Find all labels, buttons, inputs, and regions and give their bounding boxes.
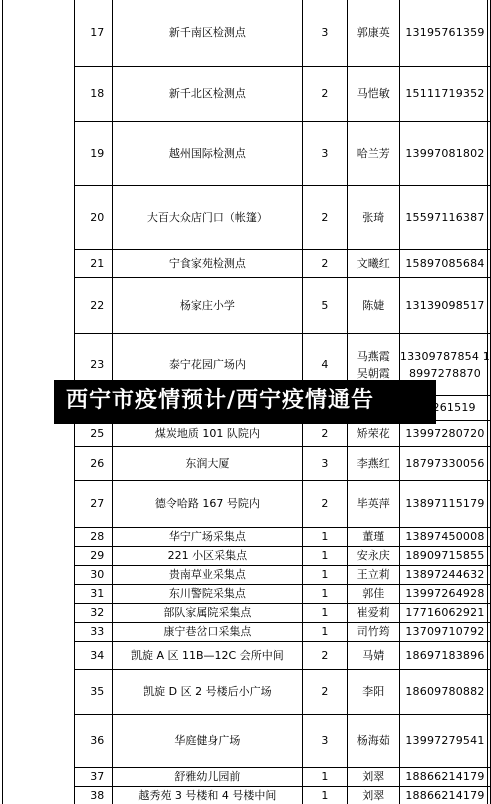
row-number-cell: 17 xyxy=(75,0,113,67)
site-name-cell: 东润大厦 xyxy=(112,447,303,481)
contact-person-cell: 董瑾 xyxy=(347,528,399,547)
staff-count-cell: 2 xyxy=(303,421,348,447)
staff-count-cell: 1 xyxy=(303,528,348,547)
phone-number-cell: 15111719352 xyxy=(399,67,490,122)
phone-number-cell: 13997279541 xyxy=(399,715,490,768)
table-row: 18 新千北区检测点 2 马恺敏 15111719352 xyxy=(75,67,491,122)
staff-count-cell: 1 xyxy=(303,547,348,566)
phone-number-cell: 13897244632 xyxy=(399,566,490,585)
phone-number-cell: 13139098517 xyxy=(399,278,490,334)
site-name-cell: 舒雅幼儿园前 xyxy=(112,768,303,787)
staff-count-cell: 1 xyxy=(303,623,348,642)
contact-person-cell: 马恺敏 xyxy=(347,67,399,122)
table-row: 33 康宁巷岔口采集点 1 司竹筠 13709710792 xyxy=(75,623,491,642)
table-row: 35 凯旋 D 区 2 号楼后小广场 2 李阳 18609780882 xyxy=(75,670,491,715)
contact-person-cell: 安永庆 xyxy=(347,547,399,566)
contact-person-cell: 杨海茹 xyxy=(347,715,399,768)
row-number-cell: 32 xyxy=(75,604,113,623)
site-name-cell: 东川警院采集点 xyxy=(112,585,303,604)
contact-person-cell: 李阳 xyxy=(347,670,399,715)
site-name-cell: 221 小区采集点 xyxy=(112,547,303,566)
phone-number-cell: 13997280720 xyxy=(399,421,490,447)
table-row: 38 越秀苑 3 号楼和 4 号楼中间 1 刘翠 18866214179 xyxy=(75,787,491,804)
staff-count-cell: 5 xyxy=(303,278,348,334)
contact-person-cell: 陈婕 xyxy=(347,278,399,334)
row-number-cell: 22 xyxy=(75,278,113,334)
row-number-cell: 25 xyxy=(75,421,113,447)
phone-number-cell: 13997264928 xyxy=(399,585,490,604)
phone-number-cell: 13709710792 xyxy=(399,623,490,642)
row-number-cell: 36 xyxy=(75,715,113,768)
contact-person-cell: 哈兰芳 xyxy=(347,122,399,186)
table-row: 22 杨家庄小学 5 陈婕 13139098517 xyxy=(75,278,491,334)
row-number-cell: 26 xyxy=(75,447,113,481)
phone-number-cell: 15597116387 xyxy=(399,186,490,250)
phone-number: 13309787854 1 xyxy=(400,348,490,365)
row-number-cell: 31 xyxy=(75,585,113,604)
site-name-cell: 大百大众店门口（帐篷） xyxy=(112,186,303,250)
phone-number-cell: 18866214179 xyxy=(399,768,490,787)
staff-count-cell: 3 xyxy=(303,0,348,67)
contact-person-cell: 王立莉 xyxy=(347,566,399,585)
contact-person-cell: 郭康英 xyxy=(347,0,399,67)
staff-count-cell: 2 xyxy=(303,250,348,278)
staff-count-cell: 2 xyxy=(303,67,348,122)
contact-person-cell: 矫荣花 xyxy=(347,421,399,447)
phone-number-cell: 13997081802 xyxy=(399,122,490,186)
title-banner: 西宁市疫情预计/西宁疫情通告 xyxy=(54,380,436,424)
table-row: 30 贵南草业采集点 1 王立莉 13897244632 xyxy=(75,566,491,585)
table-row: 34 凯旋 A 区 11B—12C 会所中间 2 马婧 18697183896 xyxy=(75,642,491,670)
table-row: 28 华宁广场采集点 1 董瑾 13897450008 xyxy=(75,528,491,547)
staff-count-cell: 1 xyxy=(303,566,348,585)
row-number-cell: 29 xyxy=(75,547,113,566)
site-name-cell: 部队家属院采集点 xyxy=(112,604,303,623)
contact-person-cell: 刘翠 xyxy=(347,787,399,804)
site-name-cell: 新千南区检测点 xyxy=(112,0,303,67)
page-left-border xyxy=(2,0,3,804)
contact-name: 马燕霞 xyxy=(348,348,399,365)
site-name-cell: 贵南草业采集点 xyxy=(112,566,303,585)
staff-count-cell: 1 xyxy=(303,604,348,623)
site-name-cell: 杨家庄小学 xyxy=(112,278,303,334)
phone-number-cell: 13897115179 xyxy=(399,481,490,528)
contact-person-cell: 司竹筠 xyxy=(347,623,399,642)
contact-person-cell: 郭佳 xyxy=(347,585,399,604)
table-row: 27 德令哈路 167 号院内 2 毕英萍 13897115179 xyxy=(75,481,491,528)
phone-number-cell: 18866214179 xyxy=(399,787,490,804)
contact-person-cell: 文曦红 xyxy=(347,250,399,278)
staff-count-cell: 3 xyxy=(303,447,348,481)
contact-person-cell: 李燕红 xyxy=(347,447,399,481)
site-name-cell: 凯旋 A 区 11B—12C 会所中间 xyxy=(112,642,303,670)
row-number-cell: 38 xyxy=(75,787,113,804)
row-number-cell: 35 xyxy=(75,670,113,715)
contact-person-cell: 张琦 xyxy=(347,186,399,250)
row-number-cell: 18 xyxy=(75,67,113,122)
contact-person-cell: 崔爱莉 xyxy=(347,604,399,623)
table-row: 19 越州国际检测点 3 哈兰芳 13997081802 xyxy=(75,122,491,186)
phone-number-cell: 17716062921 xyxy=(399,604,490,623)
table-row: 37 舒雅幼儿园前 1 刘翠 18866214179 xyxy=(75,768,491,787)
staff-count-cell: 1 xyxy=(303,585,348,604)
table-row: 36 华庭健身广场 3 杨海茹 13997279541 xyxy=(75,715,491,768)
staff-count-cell: 2 xyxy=(303,642,348,670)
staff-count-cell: 1 xyxy=(303,768,348,787)
staff-count-cell: 2 xyxy=(303,186,348,250)
phone-number-cell: 18797330056 xyxy=(399,447,490,481)
table-row: 20 大百大众店门口（帐篷） 2 张琦 15597116387 xyxy=(75,186,491,250)
row-number-cell: 33 xyxy=(75,623,113,642)
phone-number-cell: 18609780882 xyxy=(399,670,490,715)
row-number-cell: 19 xyxy=(75,122,113,186)
phone-number: 8997278870 xyxy=(400,365,490,382)
site-name-cell: 华庭健身广场 xyxy=(112,715,303,768)
table-row: 29 221 小区采集点 1 安永庆 18909715855 xyxy=(75,547,491,566)
site-name-cell: 华宁广场采集点 xyxy=(112,528,303,547)
staff-count-cell: 2 xyxy=(303,481,348,528)
site-name-cell: 越州国际检测点 xyxy=(112,122,303,186)
phone-number-cell: 18909715855 xyxy=(399,547,490,566)
phone-number-cell: 13195761359 xyxy=(399,0,490,67)
site-name-cell: 德令哈路 167 号院内 xyxy=(112,481,303,528)
row-number-cell: 20 xyxy=(75,186,113,250)
row-number-cell: 21 xyxy=(75,250,113,278)
table-row: 31 东川警院采集点 1 郭佳 13997264928 xyxy=(75,585,491,604)
table-row: 17 新千南区检测点 3 郭康英 13195761359 xyxy=(75,0,491,67)
site-name-cell: 煤炭地质 101 队院内 xyxy=(112,421,303,447)
contact-name: 吴朝霞 xyxy=(348,365,399,382)
phone-number-cell: 13897450008 xyxy=(399,528,490,547)
site-name-cell: 宁食家苑检测点 xyxy=(112,250,303,278)
site-name-cell: 凯旋 D 区 2 号楼后小广场 xyxy=(112,670,303,715)
staff-count-cell: 1 xyxy=(303,787,348,804)
row-number-cell: 37 xyxy=(75,768,113,787)
staff-count-cell: 2 xyxy=(303,670,348,715)
site-name-cell: 新千北区检测点 xyxy=(112,67,303,122)
row-number-cell: 27 xyxy=(75,481,113,528)
phone-number-cell: 18697183896 xyxy=(399,642,490,670)
phone-number-cell: 15897085684 xyxy=(399,250,490,278)
table-row: 25 煤炭地质 101 队院内 2 矫荣花 13997280720 xyxy=(75,421,491,447)
contact-person-cell: 毕英萍 xyxy=(347,481,399,528)
staff-count-cell: 3 xyxy=(303,715,348,768)
row-number-cell: 28 xyxy=(75,528,113,547)
staff-count-cell: 3 xyxy=(303,122,348,186)
contact-person-cell: 马婧 xyxy=(347,642,399,670)
table-row: 26 东润大厦 3 李燕红 18797330056 xyxy=(75,447,491,481)
site-name-cell: 越秀苑 3 号楼和 4 号楼中间 xyxy=(112,787,303,804)
table-row: 21 宁食家苑检测点 2 文曦红 15897085684 xyxy=(75,250,491,278)
table-row: 32 部队家属院采集点 1 崔爱莉 17716062921 xyxy=(75,604,491,623)
contact-person-cell: 刘翠 xyxy=(347,768,399,787)
site-name-cell: 康宁巷岔口采集点 xyxy=(112,623,303,642)
row-number-cell: 30 xyxy=(75,566,113,585)
row-number-cell: 34 xyxy=(75,642,113,670)
